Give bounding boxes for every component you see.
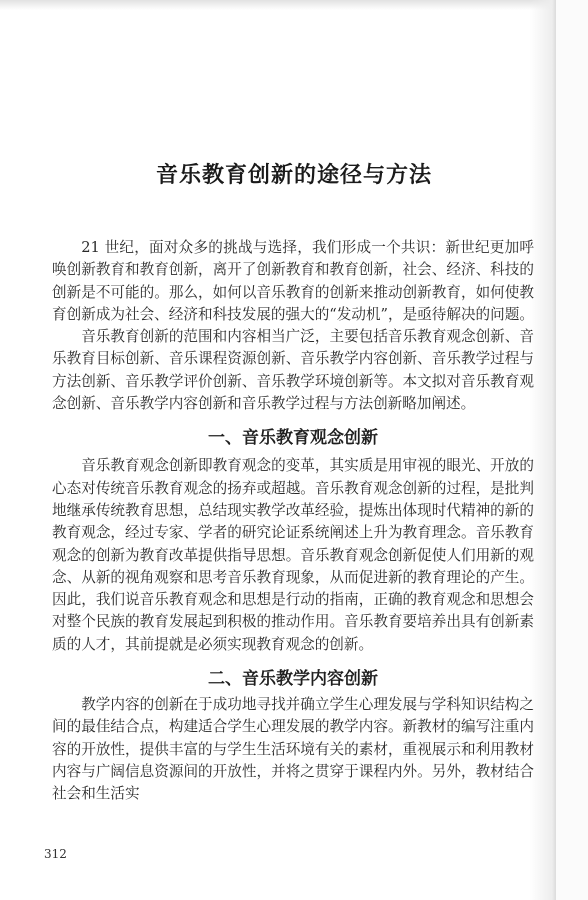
intro-paragraph-1: 21 世纪，面对众多的挑战与选择，我们形成一个共识：新世纪更加呼唤创新教育和教育… — [52, 237, 534, 326]
section-heading-1: 一、音乐教育观念创新 — [52, 415, 534, 455]
section-heading-2: 二、音乐教学内容创新 — [52, 656, 534, 694]
article-body: 21 世纪，面对众多的挑战与选择，我们形成一个共识：新世纪更加呼唤创新教育和教育… — [52, 237, 534, 806]
section-1-paragraph-1: 音乐教育观念创新即教育观念的变革，其实质是用审视的眼光、开放的心态对传统音乐教育… — [52, 455, 534, 656]
section-2-paragraph-1: 教学内容的创新在于成功地寻找并确立学生心理发展与学科知识结构之间的最佳结合点，构… — [52, 694, 534, 805]
page-right-margin — [556, 0, 588, 900]
page-top-shadow — [0, 0, 555, 10]
intro-paragraph-2: 音乐教育创新的范围和内容相当广泛，主要包括音乐教育观念创新、音乐教育目标创新、音… — [52, 326, 534, 415]
page-number: 312 — [44, 847, 67, 861]
document-page: 音乐教育创新的途径与方法 21 世纪，面对众多的挑战与选择，我们形成一个共识：新… — [0, 0, 588, 900]
article-title: 音乐教育创新的途径与方法 — [0, 158, 588, 189]
